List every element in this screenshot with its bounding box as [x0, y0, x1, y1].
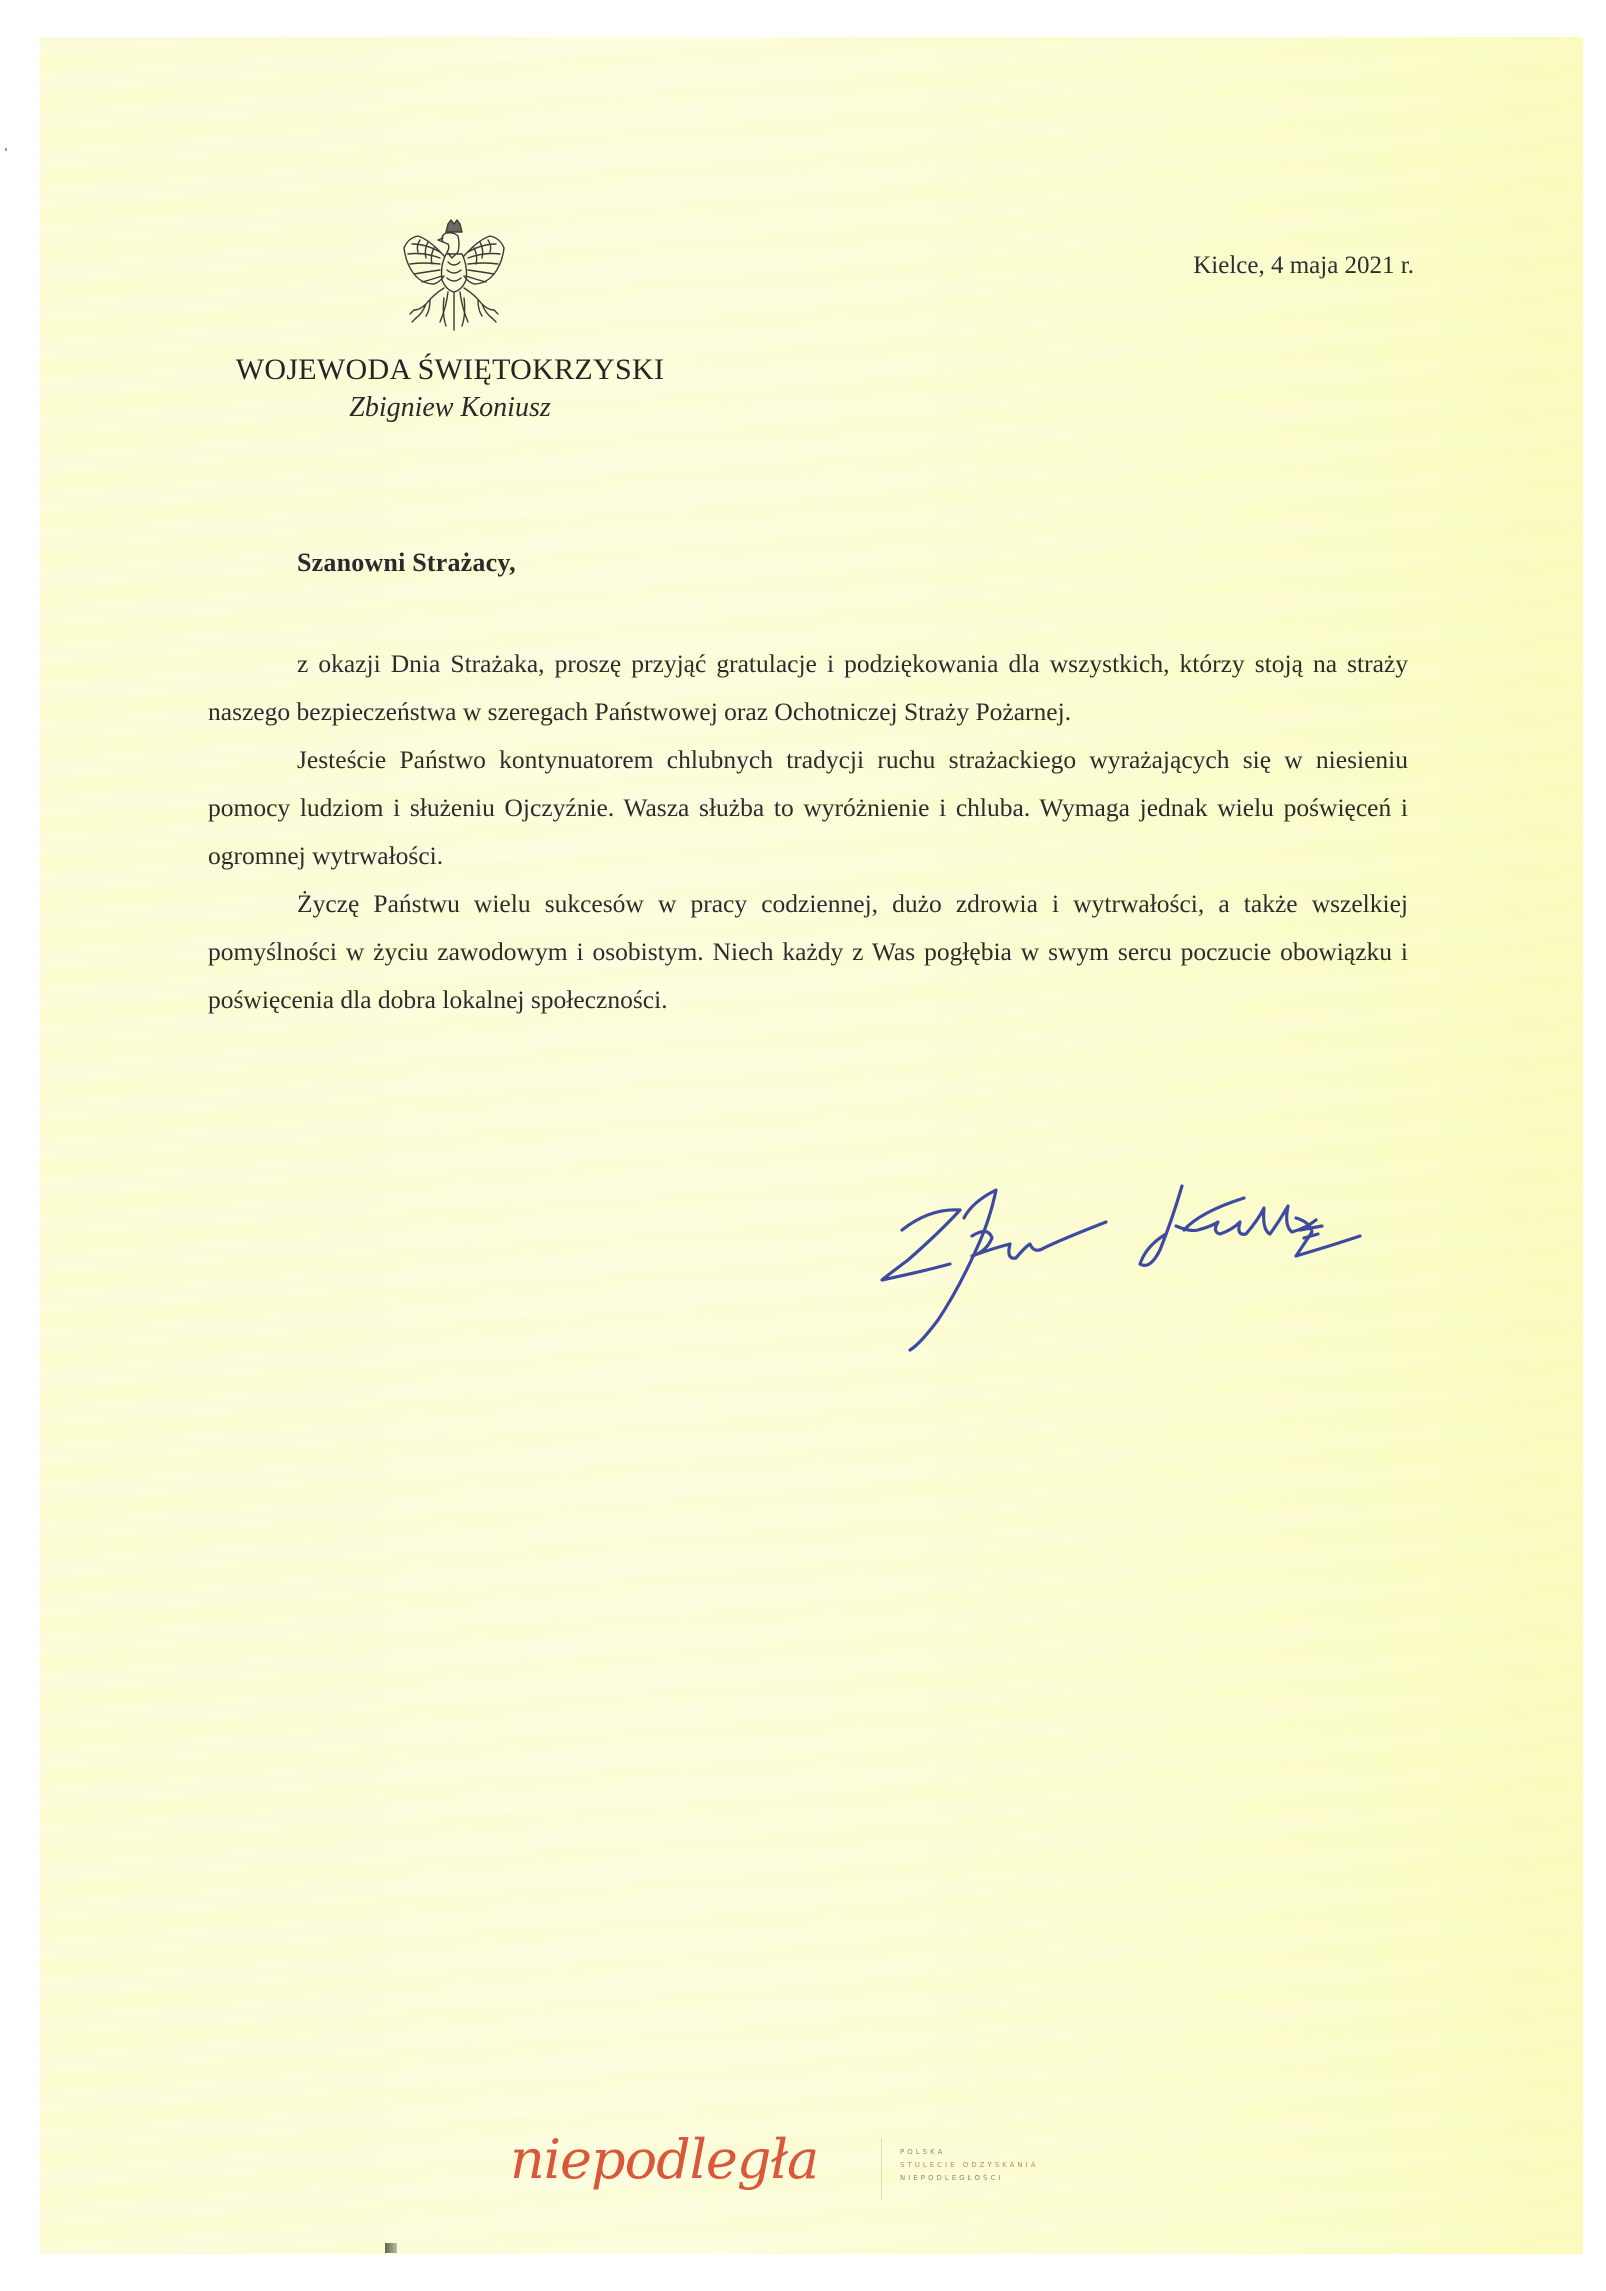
footer-caption-line: POLSKA — [900, 2146, 1039, 2159]
date-line: Kielce, 4 maja 2021 r. — [1193, 252, 1414, 280]
eagle-emblem-icon — [400, 218, 508, 340]
letterhead: WOJEWODA ŚWIĘTOKRZYSKI Zbigniew Koniusz — [150, 350, 750, 426]
paragraph: z okazji Dnia Strażaka, proszę przyjąć g… — [208, 640, 1408, 736]
office-title: WOJEWODA ŚWIĘTOKRZYSKI — [150, 350, 750, 390]
paragraph: Życzę Państwu wielu sukcesów w pracy cod… — [208, 880, 1408, 1024]
handwritten-signature — [860, 1160, 1500, 1360]
footer-logo: niepodległa POLSKA STULECIE ODZYSKANIA N… — [510, 2120, 1070, 2220]
paragraph: Jesteście Państwo kontynuatorem chlubnyc… — [208, 736, 1408, 880]
scan-artifact — [385, 2243, 397, 2253]
official-name: Zbigniew Koniusz — [150, 390, 750, 426]
niepodlegla-logo: niepodległa — [510, 2128, 818, 2191]
letter-body: z okazji Dnia Strażaka, proszę przyjąć g… — [208, 640, 1408, 1024]
footer-divider — [881, 2138, 882, 2200]
greeting: Szanowni Strażacy, — [297, 548, 516, 578]
footer-caption: POLSKA STULECIE ODZYSKANIA NIEPODLEGŁOŚC… — [900, 2146, 1039, 2185]
scan-speck — [5, 148, 7, 151]
footer-caption-line: NIEPODLEGŁOŚCI — [900, 2172, 1039, 2185]
footer-caption-line: STULECIE ODZYSKANIA — [900, 2159, 1039, 2172]
